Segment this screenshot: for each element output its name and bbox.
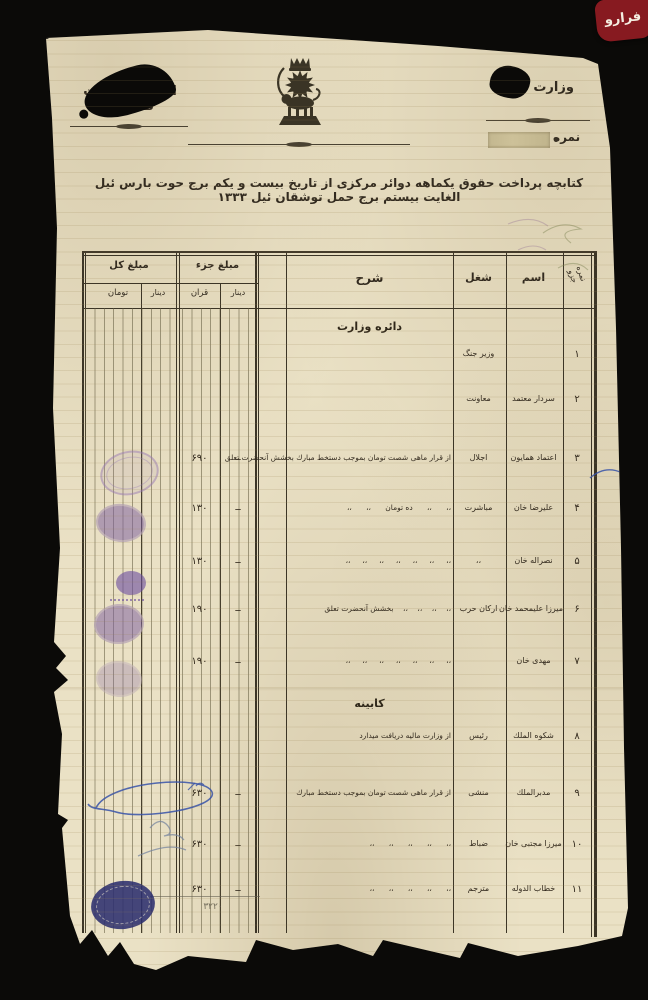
grid-line: [594, 251, 597, 937]
ministry-ornament-rule: [486, 120, 590, 121]
row-name: شكوه الملك: [504, 731, 563, 740]
grid-line: [179, 251, 180, 933]
document-title: كتابچه پرداخت حقوق يكماهه دوائر مركزى از…: [78, 176, 600, 204]
row-name: اعتماد همايون: [504, 453, 563, 462]
row-job: رئيس: [453, 731, 504, 740]
row-serial: ۷: [563, 656, 591, 667]
col-amount-part: مبلغ جزء: [179, 260, 256, 271]
pencil-total-line: [150, 896, 260, 897]
row-serial: ۲: [563, 394, 591, 405]
row-amount-dinar: ــ: [220, 884, 256, 894]
col-serial: نمره جزو: [562, 266, 592, 284]
row-amount-qiran: ۶۹۰: [179, 453, 220, 464]
row-amount-dinar: ــ: [220, 656, 256, 666]
row-amount-dinar: ــ: [220, 556, 256, 566]
col-job: شغل: [453, 271, 504, 284]
row-serial: ۱: [563, 349, 591, 360]
grid-line: [176, 251, 177, 933]
row-job: اركان حرب: [453, 604, 504, 613]
grid-line: [591, 251, 592, 937]
col-amount-total: مبلغ كل: [82, 260, 176, 271]
document-paper-sheet: وزارت جنك اداره محاسبات قشونى نمره كتابچ…: [38, 28, 630, 986]
news-site-watermark-logo: فرارو: [594, 0, 648, 43]
corner-ink-mark: [44, 27, 59, 39]
row-serial: ۴: [563, 503, 591, 514]
scanned-archive-photo: { "watermark": { "logo_text": "فرارو" },…: [0, 0, 648, 1000]
ink-blot-top-left: [79, 58, 179, 125]
row-amount-qiran: ۱۳۰: [179, 503, 220, 514]
row-name: نصراله خان: [504, 556, 563, 565]
row-description: از قرار ماهى شصت تومان بموجب دستخط مبارك…: [260, 453, 451, 462]
row-description: ،، ،، ده تومان ،، ،،: [260, 503, 451, 512]
center-divider-rule: [188, 144, 410, 145]
row-job: وزير جنگ: [453, 349, 504, 358]
row-name: ميرزا عليمحمد خان: [504, 604, 563, 613]
row-description: ،، ،، ،، ،، بخشش آنحضرت تعلق: [260, 604, 451, 613]
row-job: ضباط: [453, 839, 504, 848]
row-serial: ۹: [563, 788, 591, 799]
row-description: ،، ،، ،، ،، ،، ،، ،،: [260, 656, 451, 665]
grid-line: [82, 251, 84, 933]
grid-line: [286, 251, 287, 933]
row-name: عليرضا خان: [504, 503, 563, 512]
row-amount-dinar: ــ: [220, 503, 256, 513]
grid-line: [82, 255, 596, 256]
row-amount-qiran: ۱۳۰: [179, 556, 220, 567]
row-serial: ۳: [563, 453, 591, 464]
row-amount-qiran: ۱۹۰: [179, 604, 220, 615]
row-job: مترجم: [453, 884, 504, 893]
official-stamp-row6: [93, 602, 146, 645]
col-description: شرح: [286, 271, 453, 285]
row-description: ،، ،، ،، ،، ،،: [260, 839, 451, 848]
row-name: سردار معتمد: [504, 394, 563, 403]
official-stamp-row4: [94, 501, 148, 544]
grid-line: [258, 251, 259, 933]
col-toman: تومان: [96, 288, 140, 298]
row-name: خطاب الدوله: [504, 884, 563, 893]
ghost-handwriting-2: [508, 219, 548, 250]
grid-line: [141, 283, 142, 933]
row-serial: ۸: [563, 731, 591, 742]
row-description: از وزارت ماليه دريافت ميدارد: [260, 731, 451, 740]
numero-redaction-box: [488, 132, 550, 148]
row-amount-qiran: ۶۳۰: [179, 839, 220, 850]
official-stamp-row11: [88, 877, 157, 932]
official-stamp-row3: [96, 445, 163, 500]
col-qiran: قران: [179, 288, 220, 298]
section-header: دائره وزارت: [286, 320, 453, 333]
row-serial: ۱۱: [563, 884, 591, 895]
grid-line: [82, 308, 596, 309]
row-description: از قرار ماهى شصت تومان بموجب دستخط مبارك: [260, 788, 451, 797]
section-header: كابينه: [286, 697, 453, 710]
grid-line: [85, 251, 86, 933]
row-amount-dinar: ــ: [220, 788, 256, 798]
row-amount-qiran: ۶۳۰: [179, 884, 220, 895]
row-job: اجلال: [453, 453, 504, 462]
row-name: ميرزا مجتبى خان: [504, 839, 563, 848]
row-job: مباشرت: [453, 503, 504, 512]
lion-and-sun-emblem-icon: [266, 56, 334, 128]
official-stamp-row7: [95, 659, 144, 699]
row-description: ،، ،، ،، ،، ،، ،، ،،: [260, 556, 451, 565]
row-amount-dinar: ــ: [220, 604, 256, 614]
grid-line: [82, 251, 596, 253]
row-serial: ۶: [563, 604, 591, 615]
digit-ruling-total: [85, 308, 175, 933]
fold-crease: [38, 688, 630, 691]
row-amount-dinar: ــ: [220, 839, 256, 849]
col-name: اسم: [504, 271, 563, 284]
row-name: مهدى خان: [504, 656, 563, 665]
row-amount-qiran: ۶۳۰: [179, 788, 220, 799]
blue-pen-tick: [590, 470, 638, 490]
row-amount-qiran: ۱۹۰: [179, 656, 220, 667]
grid-line: [82, 283, 258, 284]
numero-label: نمره: [553, 130, 580, 144]
grid-line: [255, 251, 257, 933]
col-dinar-total: دينار: [141, 288, 175, 297]
row-serial: ۵: [563, 556, 591, 567]
row-description: ،، ،، ،، ،، ،،: [260, 884, 451, 893]
col-dinar-part: دينار: [220, 288, 256, 297]
row-serial: ۱۰: [563, 839, 591, 850]
numero-dot: [554, 138, 558, 142]
grid-line: [506, 251, 507, 933]
ink-blot-over-ministry: [488, 63, 532, 100]
row-job: ،،: [453, 556, 504, 565]
row-amount-dinar: ــ: [220, 453, 256, 463]
stamp-caption: [110, 599, 144, 601]
row-name: مدبرالملك: [504, 788, 563, 797]
department-ornament-rule: [70, 126, 188, 127]
row-job: منشى: [453, 788, 504, 797]
row-job: معاونت: [453, 394, 504, 403]
pencil-total-value: ۳۲۲۰: [176, 902, 250, 912]
